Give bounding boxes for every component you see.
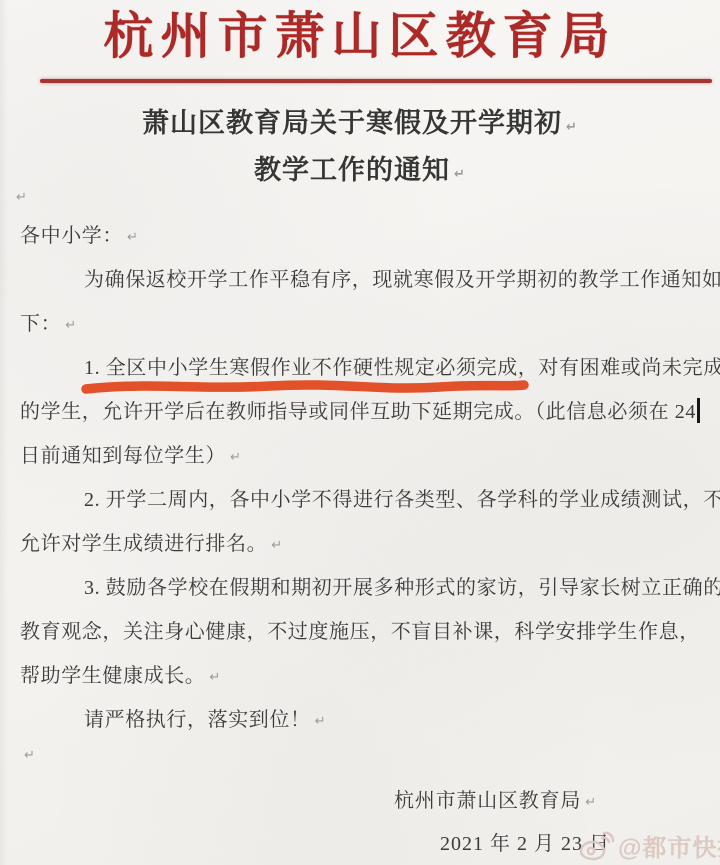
item1-line-1: 1. 全区中小学生寒假作业不作硬性规定必须完成，对有困难或尚未完成	[20, 346, 712, 390]
item1-line-2: 的学生，允许开学后在教师指导或同伴互助下延期完成。（此信息必须在 24	[20, 390, 712, 434]
scanned-notice-page: 杭州市萧山区教育局 萧山区教育局关于寒假及开学期初↵ 教学工作的通知↵ ↵ 各中…	[0, 0, 720, 865]
intro-line-2: 下：↵	[20, 302, 712, 346]
paragraph-return-mark: ↵	[127, 216, 139, 260]
watermark-source-text: @都市快报	[618, 828, 720, 863]
weibo-icon	[578, 830, 614, 862]
empty-line-return-mark: ↵	[16, 190, 27, 205]
salutation-line: 各中小学：↵	[20, 214, 712, 258]
document-title-line1: 萧山区教育局关于寒假及开学期初↵	[0, 102, 720, 149]
item3-line-1: 3. 鼓励各学校在假期和期初开展多种形式的家访，引导家长树立正确的	[20, 566, 712, 610]
empty-line-return-mark: ↵	[24, 748, 35, 763]
intro-line1-text: 为确保返校开学工作平稳有序，现就寒假及开学期初的教学工作通知如	[84, 269, 720, 291]
paragraph-return-mark: ↵	[65, 304, 77, 348]
item3-line-2: 教育观念，关注身心健康，不过度施压，不盲目补课，科学安排学生作息，	[20, 610, 712, 654]
item1-line-3: 日前通知到每位学生）↵	[20, 434, 712, 478]
signature-agency-text: 杭州市萧山区教育局	[394, 790, 581, 812]
paragraph-return-mark: ↵	[230, 436, 242, 480]
document-title-line2-text: 教学工作的通知	[254, 155, 450, 185]
item2-line-1: 2. 开学二周内，各中小学不得进行各类型、各学科的学业成绩测试，不	[20, 478, 712, 522]
item3-line-3: 帮助学生健康成长。↵	[20, 654, 712, 698]
paragraph-return-mark: ↵	[566, 106, 578, 149]
item3-line3-text: 帮助学生健康成长。	[20, 665, 205, 687]
item2-line2-text: 允许对学生成绩进行排名。	[20, 533, 267, 555]
notice-body: 各中小学：↵ 为确保返校开学工作平稳有序，现就寒假及开学期初的教学工作通知如 下…	[20, 214, 712, 742]
document-title: 萧山区教育局关于寒假及开学期初↵ 教学工作的通知↵	[0, 102, 720, 196]
weibo-watermark: @都市快报	[578, 828, 720, 863]
intro-line-1: 为确保返校开学工作平稳有序，现就寒假及开学期初的教学工作通知如	[20, 258, 712, 302]
paragraph-return-mark: ↵	[315, 700, 327, 744]
letterhead-agency-name: 杭州市萧山区教育局	[0, 4, 720, 68]
letterhead-rule	[40, 79, 712, 83]
paragraph-return-mark: ↵	[271, 524, 283, 568]
paragraph-return-mark: ↵	[585, 795, 597, 810]
item1-line1-text: 1. 全区中小学生寒假作业不作硬性规定必须完成，对有困难或尚未完成	[84, 357, 720, 379]
paragraph-return-mark: ↵	[454, 153, 466, 196]
intro-line2-text: 下：	[20, 313, 61, 335]
item1-line3-text: 日前通知到每位学生）	[20, 445, 226, 467]
closing-line: 请严格执行，落实到位！↵	[20, 698, 712, 742]
item2-line1-text: 2. 开学二周内，各中小学不得进行各类型、各学科的学业成绩测试，不	[84, 489, 720, 511]
closing-text: 请严格执行，落实到位！	[84, 709, 311, 731]
item3-line1-text: 3. 鼓励各学校在假期和期初开展多种形式的家访，引导家长树立正确的	[84, 577, 720, 599]
item2-line-2: 允许对学生成绩进行排名。↵	[20, 522, 712, 566]
item1-line2-text: 的学生，允许开学后在教师指导或同伴互助下延期完成。（此信息必须在 24	[20, 401, 696, 423]
document-title-line1-text: 萧山区教育局关于寒假及开学期初	[142, 108, 562, 138]
text-cursor-mark	[697, 398, 700, 423]
item3-line2-text: 教育观念，关注身心健康，不过度施压，不盲目补课，科学安排学生作息，	[20, 621, 700, 643]
paragraph-return-mark: ↵	[209, 656, 221, 700]
signature-agency: 杭州市萧山区教育局↵	[394, 784, 597, 813]
document-title-line2: 教学工作的通知↵	[0, 149, 720, 196]
salutation-text: 各中小学：	[20, 225, 123, 247]
